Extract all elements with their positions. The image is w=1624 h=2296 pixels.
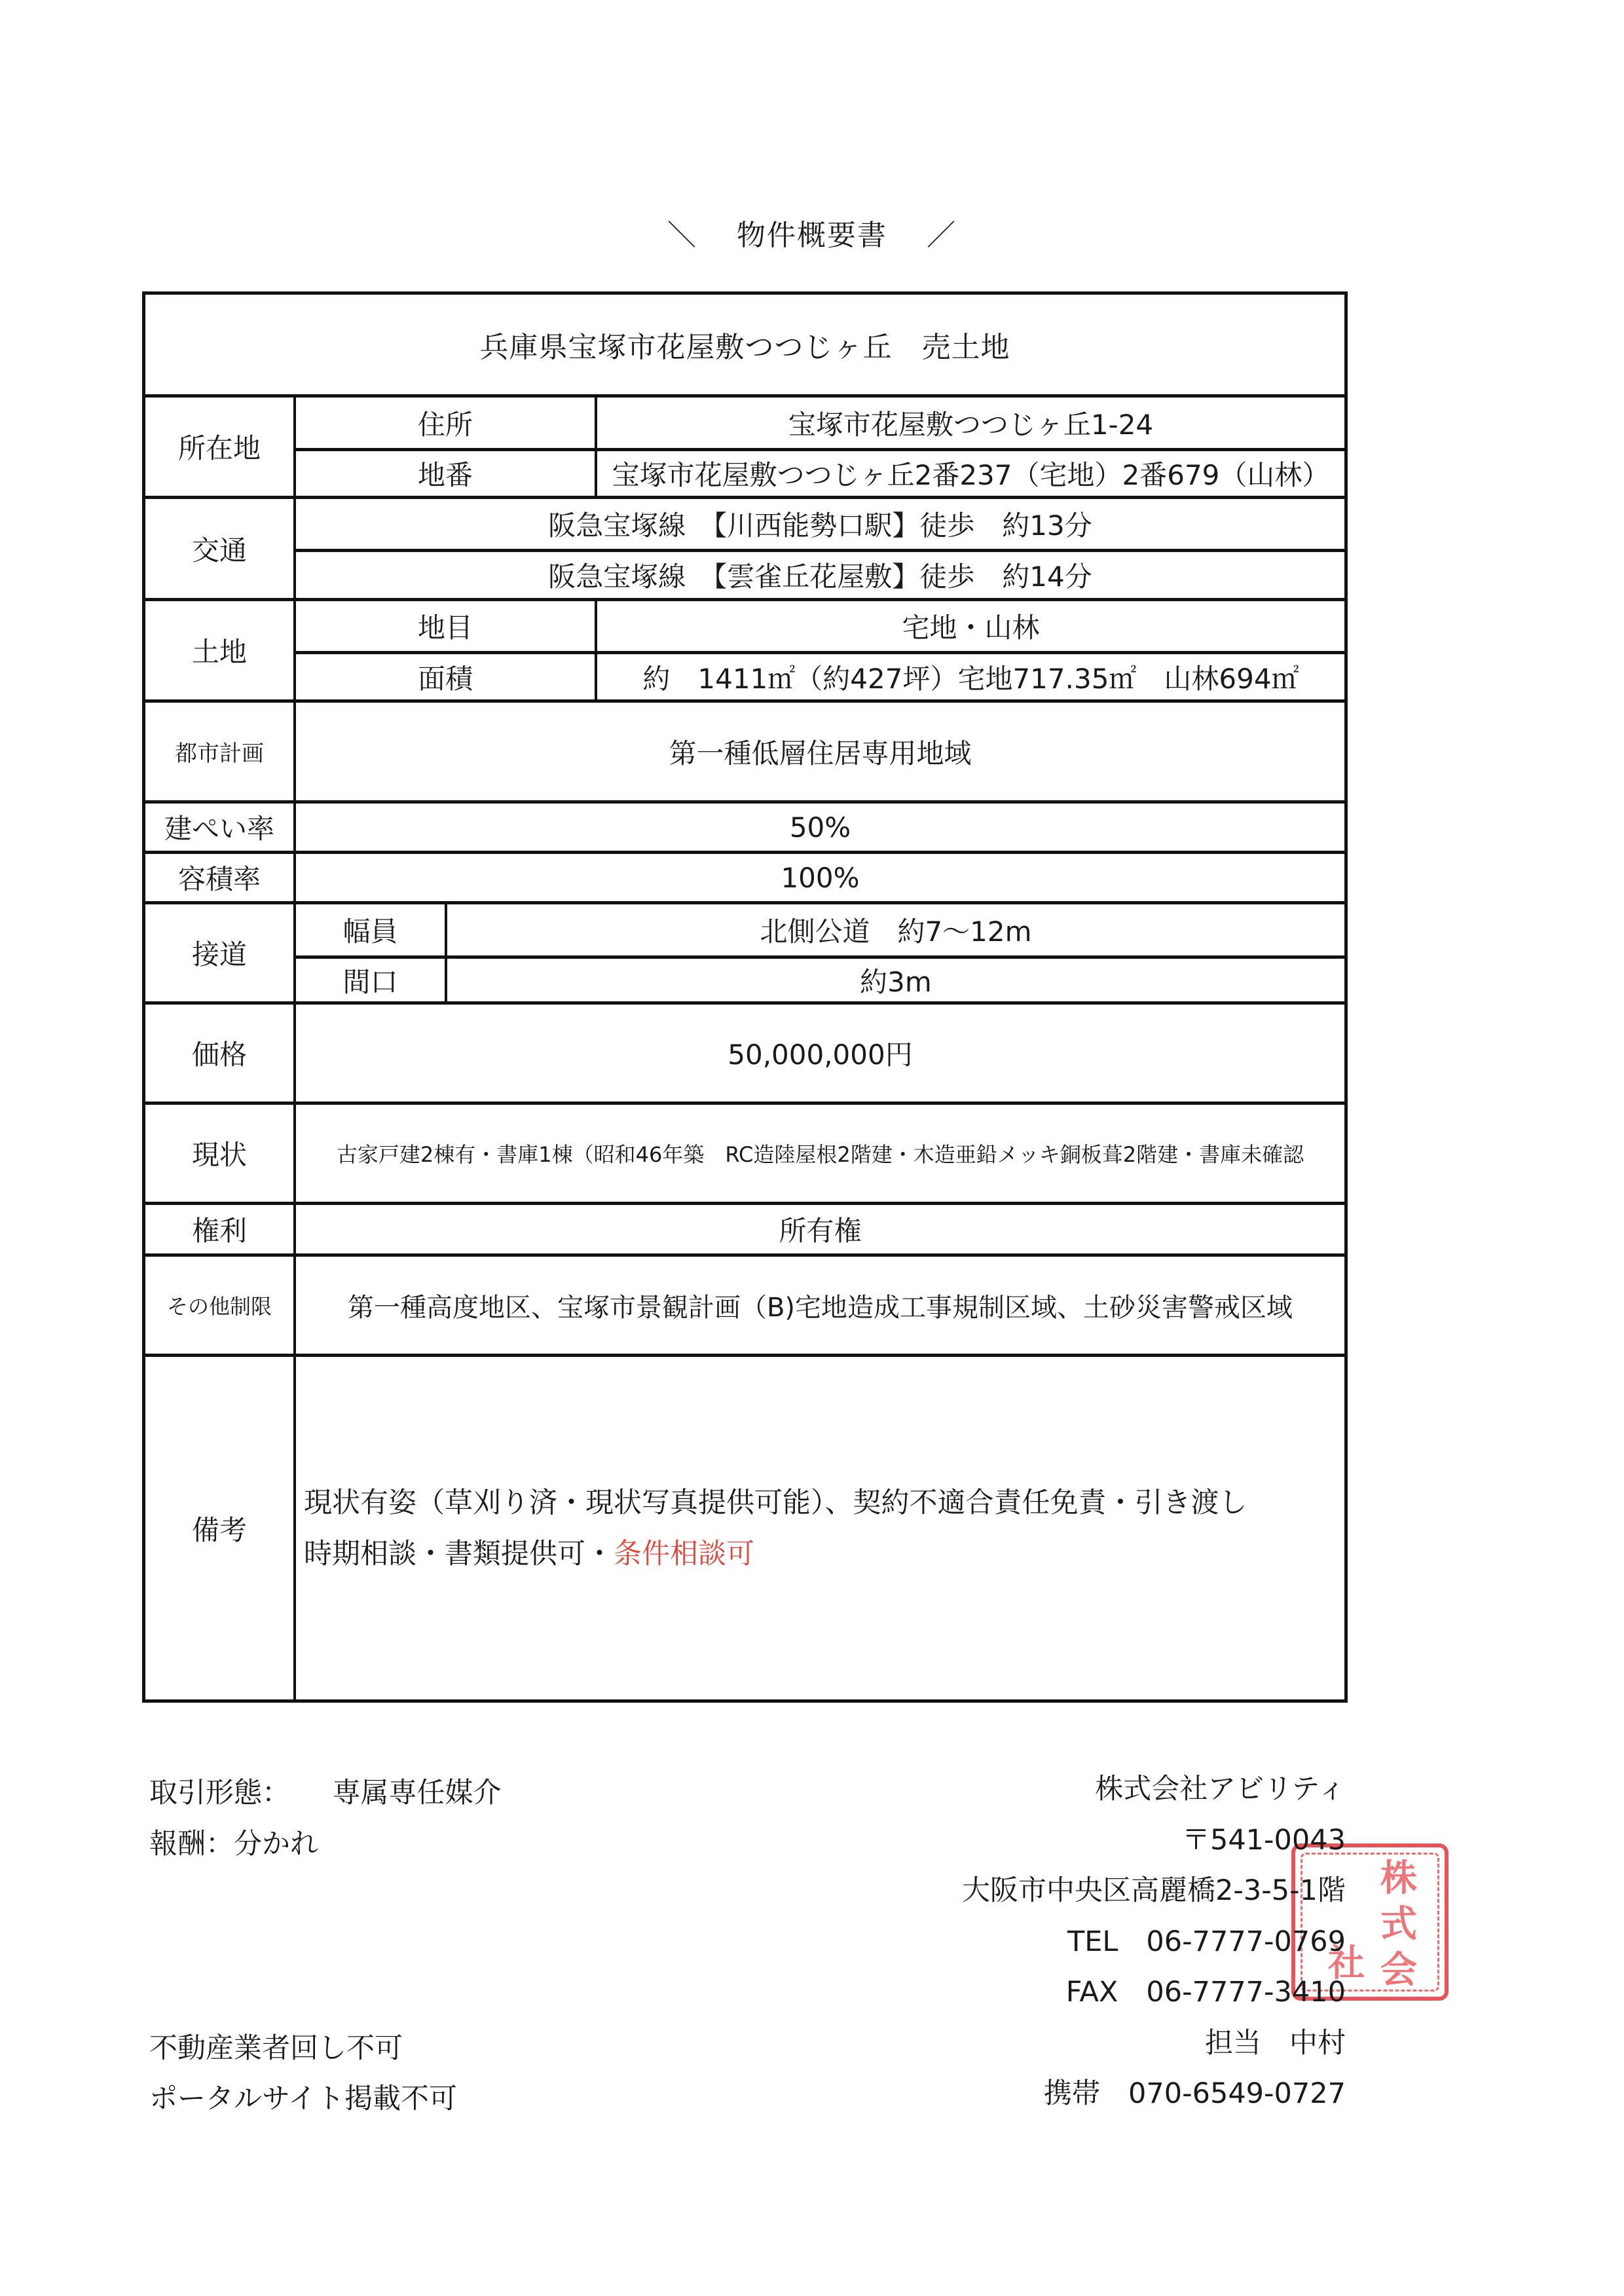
- price-row: 価格 50,000,000円: [145, 1001, 1344, 1102]
- address-subrow: 住所 宝塚市花屋敷つつじヶ丘1-24: [296, 398, 1344, 448]
- transport-line-1: 阪急宝塚線 【川西能勢口駅】徒歩 約13分: [296, 499, 1344, 549]
- current-status-label: 現状: [145, 1105, 296, 1202]
- remarks-line-2: 時期相談・書類提供可・条件相談可: [304, 1528, 1247, 1580]
- city-planning-value: 第一種低層住居専用地域: [296, 703, 1344, 800]
- price-value: 50,000,000円: [296, 1005, 1344, 1102]
- remarks-value: 現状有姿（草刈り済・現状写真提供可能）、契約不適合責任免責・引き渡し 時期相談・…: [296, 1357, 1344, 1699]
- property-summary-table: 兵庫県宝塚市花屋敷つつじヶ丘 売土地 所在地 住所 宝塚市花屋敷つつじヶ丘1-2…: [142, 291, 1348, 1703]
- location-row: 所在地 住所 宝塚市花屋敷つつじヶ丘1-24 地番 宝塚市花屋敷つつじヶ丘2番2…: [145, 394, 1344, 496]
- lot-number-subrow: 地番 宝塚市花屋敷つつじヶ丘2番237（宅地）2番679（山林）: [296, 448, 1344, 496]
- floor-area-ratio-label: 容積率: [145, 854, 296, 901]
- document-heading: ＼物件概要書／: [0, 216, 1624, 255]
- land-category-label: 地目: [296, 601, 597, 651]
- transport-line-1-value: 阪急宝塚線 【川西能勢口駅】徒歩 約13分: [296, 499, 1344, 549]
- land-category-subrow: 地目 宅地・山林: [296, 601, 1344, 651]
- transport-line-2: 阪急宝塚線 【雲雀丘花屋敷】徒歩 約14分: [296, 549, 1344, 598]
- road-access-label: 接道: [145, 904, 296, 1001]
- coverage-ratio-value: 50%: [296, 804, 1344, 851]
- floor-area-ratio-value: 100%: [296, 854, 1344, 901]
- city-planning-row: 都市計画 第一種低層住居専用地域: [145, 699, 1344, 800]
- lot-number-label: 地番: [296, 451, 597, 496]
- road-access-row: 接道 幅員 北側公道 約7〜12m 間口 約3m: [145, 901, 1344, 1001]
- city-planning-label: 都市計画: [145, 703, 296, 800]
- no-broker-resale-notice: 不動産業者回し不可: [149, 2029, 403, 2068]
- floor-area-ratio-row: 容積率 100%: [145, 851, 1344, 901]
- transport-label: 交通: [145, 499, 296, 598]
- property-title: 兵庫県宝塚市花屋敷つつじヶ丘 売土地: [145, 295, 1344, 394]
- remarks-line-2-text: 時期相談・書類提供可・: [304, 1538, 614, 1570]
- remarks-line-1: 現状有姿（草刈り済・現状写真提供可能）、契約不適合責任免責・引き渡し: [304, 1477, 1247, 1528]
- transport-line-2-value: 阪急宝塚線 【雲雀丘花屋敷】徒歩 約14分: [296, 552, 1344, 598]
- land-area-label: 面積: [296, 654, 597, 699]
- rights-row: 権利 所有権: [145, 1202, 1344, 1253]
- document-title: 物件概要書: [737, 219, 887, 252]
- rights-label: 権利: [145, 1205, 296, 1253]
- frontage-subrow: 間口 約3m: [296, 955, 1344, 1001]
- remarks-label: 備考: [145, 1357, 296, 1699]
- coverage-ratio-row: 建ぺい率 50%: [145, 800, 1344, 851]
- land-area-value: 約 1411㎡（約427坪）宅地717.35㎡ 山林694㎡: [597, 654, 1344, 699]
- negotiable-terms-highlight: 条件相談可: [614, 1538, 754, 1570]
- contact-person: 担当 中村: [1205, 2024, 1346, 2063]
- table-title-row: 兵庫県宝塚市花屋敷つつじヶ丘 売土地: [145, 295, 1344, 394]
- land-row: 土地 地目 宅地・山林 面積 約 1411㎡（約427坪）宅地717.35㎡ 山…: [145, 598, 1344, 699]
- lot-number-value: 宝塚市花屋敷つつじヶ丘2番237（宅地）2番679（山林）: [597, 451, 1344, 496]
- road-width-label: 幅員: [296, 904, 447, 955]
- price-label: 価格: [145, 1005, 296, 1102]
- other-restrictions-label: その他制限: [145, 1257, 296, 1354]
- fax-number: FAX 06-7777-3410: [1066, 1972, 1346, 2012]
- backslash-decoration: ＼: [667, 216, 697, 255]
- transaction-type: 取引形態： 専属専任媒介: [149, 1773, 502, 1813]
- other-restrictions-row: その他制限 第一種高度地区、宝塚市景観計画（B)宅地造成工事規制区域、土砂災害警…: [145, 1253, 1344, 1354]
- current-status-row: 現状 古家戸建2棟有・書庫1棟（昭和46年築 RC造陸屋根2階建・木造亜鉛メッキ…: [145, 1102, 1344, 1202]
- slash-decoration: ／: [927, 216, 957, 255]
- road-width-value: 北側公道 約7〜12m: [447, 904, 1344, 955]
- land-label: 土地: [145, 601, 296, 699]
- seal-glyph: 会: [1380, 1952, 1417, 1989]
- commission: 報酬：分かれ: [149, 1824, 318, 1864]
- postal-code: 〒541-0043: [1182, 1821, 1346, 1860]
- address-label: 住所: [296, 398, 597, 448]
- road-width-subrow: 幅員 北側公道 約7〜12m: [296, 904, 1344, 955]
- no-portal-listing-notice: ポータルサイト掲載不可: [149, 2079, 457, 2119]
- frontage-label: 間口: [296, 959, 447, 1001]
- land-category-value: 宅地・山林: [597, 601, 1344, 651]
- coverage-ratio-label: 建ぺい率: [145, 804, 296, 851]
- location-label: 所在地: [145, 398, 296, 496]
- address-value: 宝塚市花屋敷つつじヶ丘1-24: [597, 398, 1344, 448]
- land-area-subrow: 面積 約 1411㎡（約427坪）宅地717.35㎡ 山林694㎡: [296, 651, 1344, 699]
- seal-glyph: 株: [1380, 1861, 1417, 1897]
- seal-glyph: 式: [1380, 1906, 1417, 1943]
- company-name: 株式会社アビリティ: [1095, 1769, 1346, 1809]
- transport-row: 交通 阪急宝塚線 【川西能勢口駅】徒歩 約13分 阪急宝塚線 【雲雀丘花屋敷】徒…: [145, 496, 1344, 598]
- remarks-row: 備考 現状有姿（草刈り済・現状写真提供可能）、契約不適合責任免責・引き渡し 時期…: [145, 1354, 1344, 1699]
- mobile-number: 携帯 070-6549-0727: [1044, 2074, 1346, 2113]
- rights-value: 所有権: [296, 1205, 1344, 1253]
- other-restrictions-value: 第一種高度地区、宝塚市景観計画（B)宅地造成工事規制区域、土砂災害警戒区域: [296, 1257, 1344, 1354]
- company-address: 大阪市中央区高麗橋2-3-5-1階: [962, 1871, 1346, 1910]
- frontage-value: 約3m: [447, 959, 1344, 1001]
- current-status-value: 古家戸建2棟有・書庫1棟（昭和46年築 RC造陸屋根2階建・木造亜鉛メッキ銅板葺…: [296, 1105, 1344, 1202]
- tel-number: TEL 06-7777-0769: [1067, 1922, 1346, 1961]
